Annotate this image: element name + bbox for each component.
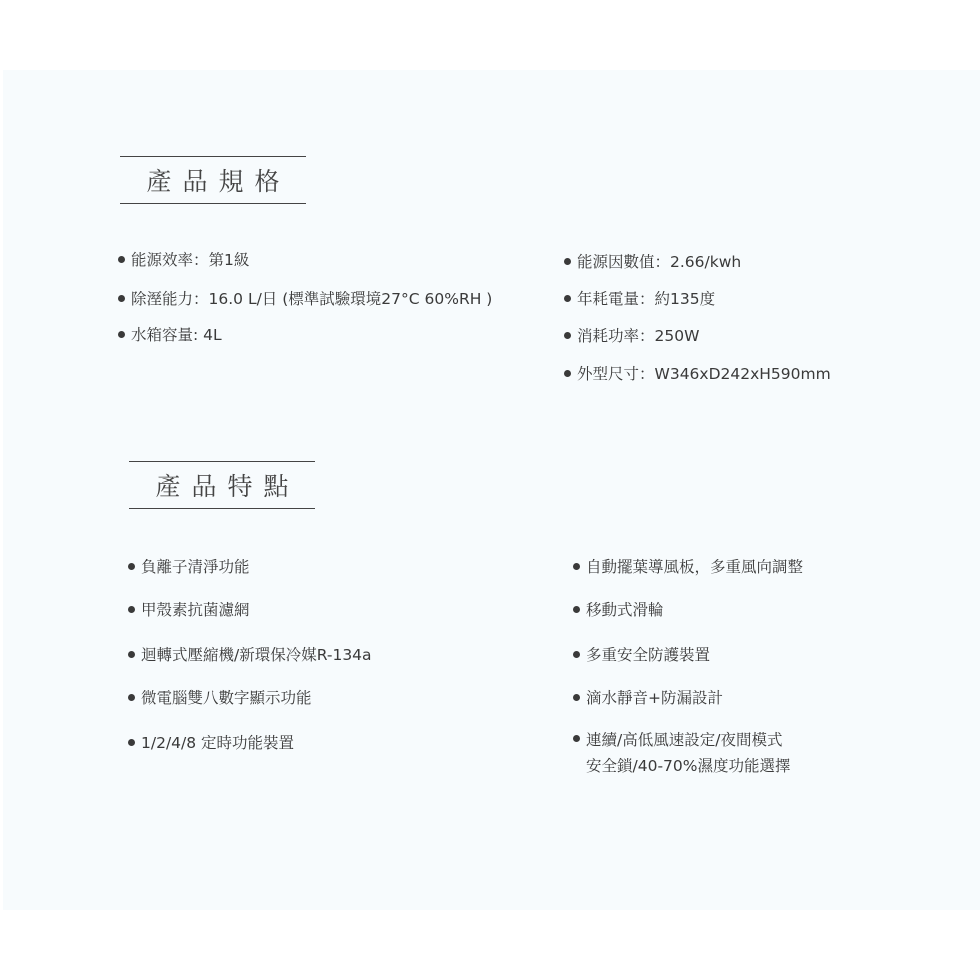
bullet-icon — [573, 606, 580, 613]
spec-text: 消耗功率：250W — [577, 324, 699, 346]
spec-item: 水箱容量: 4L — [118, 323, 222, 345]
feature-text: 負離子清淨功能 — [141, 555, 250, 577]
feature-text: 自動擺葉導風板，多重風向調整 — [586, 555, 803, 577]
spec-text: 能源效率：第1級 — [131, 248, 249, 270]
spec-item: 能源因數值：2.66/kwh — [564, 250, 741, 272]
feature-text: 多重安全防護裝置 — [586, 643, 710, 665]
feature-text: 安全鎖/40-70%濕度功能選擇 — [586, 753, 791, 779]
feature-item: 甲殼素抗菌濾網 — [128, 598, 250, 620]
bullet-icon — [128, 739, 135, 746]
feature-text: 微電腦雙八數字顯示功能 — [141, 686, 312, 708]
bullet-icon — [118, 295, 125, 302]
feature-item: 迴轉式壓縮機/新環保冷媒R-134a — [128, 643, 372, 665]
spec-text: 年耗電量：約135度 — [577, 287, 715, 309]
spec-item: 消耗功率：250W — [564, 324, 699, 346]
feature-item: 連續/高低風速設定/夜間模式 安全鎖/40-70%濕度功能選擇 — [573, 727, 791, 779]
spec-text: 能源因數值：2.66/kwh — [577, 250, 741, 272]
bullet-icon — [128, 563, 135, 570]
spec-text: 外型尺寸：W346xD242xH590mm — [577, 362, 831, 384]
feature-item: 1/2/4/8 定時功能裝置 — [128, 731, 294, 753]
bullet-icon — [128, 694, 135, 701]
bullet-icon — [564, 370, 571, 377]
spec-item: 外型尺寸：W346xD242xH590mm — [564, 362, 831, 384]
bullet-icon — [573, 563, 580, 570]
feature-text: 1/2/4/8 定時功能裝置 — [141, 731, 294, 753]
feature-item: 微電腦雙八數字顯示功能 — [128, 686, 312, 708]
bullet-icon — [118, 331, 125, 338]
spec-text: 水箱容量: 4L — [131, 323, 222, 345]
feature-item: 移動式滑輪 — [573, 598, 664, 620]
bullet-icon — [564, 295, 571, 302]
bullet-icon — [564, 332, 571, 339]
bullet-icon — [573, 735, 580, 742]
feature-text: 連續/高低風速設定/夜間模式 — [586, 727, 791, 753]
spec-item: 年耗電量：約135度 — [564, 287, 715, 309]
bullet-icon — [564, 258, 571, 265]
feature-text: 滴水靜音+防漏設計 — [586, 686, 723, 708]
bullet-icon — [573, 651, 580, 658]
bullet-icon — [128, 606, 135, 613]
feature-item: 滴水靜音+防漏設計 — [573, 686, 723, 708]
spec-text: 除溼能力：16.0 L/日 (標準試驗環境27°C 60%RH ) — [131, 287, 492, 309]
bullet-icon — [118, 256, 125, 263]
spec-item: 除溼能力：16.0 L/日 (標準試驗環境27°C 60%RH ) — [118, 287, 492, 309]
feature-item: 自動擺葉導風板，多重風向調整 — [573, 555, 803, 577]
feature-item: 多重安全防護裝置 — [573, 643, 710, 665]
bullet-icon — [128, 651, 135, 658]
feature-item: 負離子清淨功能 — [128, 555, 250, 577]
features-section-title: 產品特點 — [129, 461, 315, 509]
bullet-icon — [573, 694, 580, 701]
feature-text: 甲殼素抗菌濾網 — [141, 598, 250, 620]
feature-text: 移動式滑輪 — [586, 598, 664, 620]
specs-section-title: 產品規格 — [120, 156, 306, 204]
spec-item: 能源效率：第1級 — [118, 248, 249, 270]
feature-text: 迴轉式壓縮機/新環保冷媒R-134a — [141, 643, 372, 665]
